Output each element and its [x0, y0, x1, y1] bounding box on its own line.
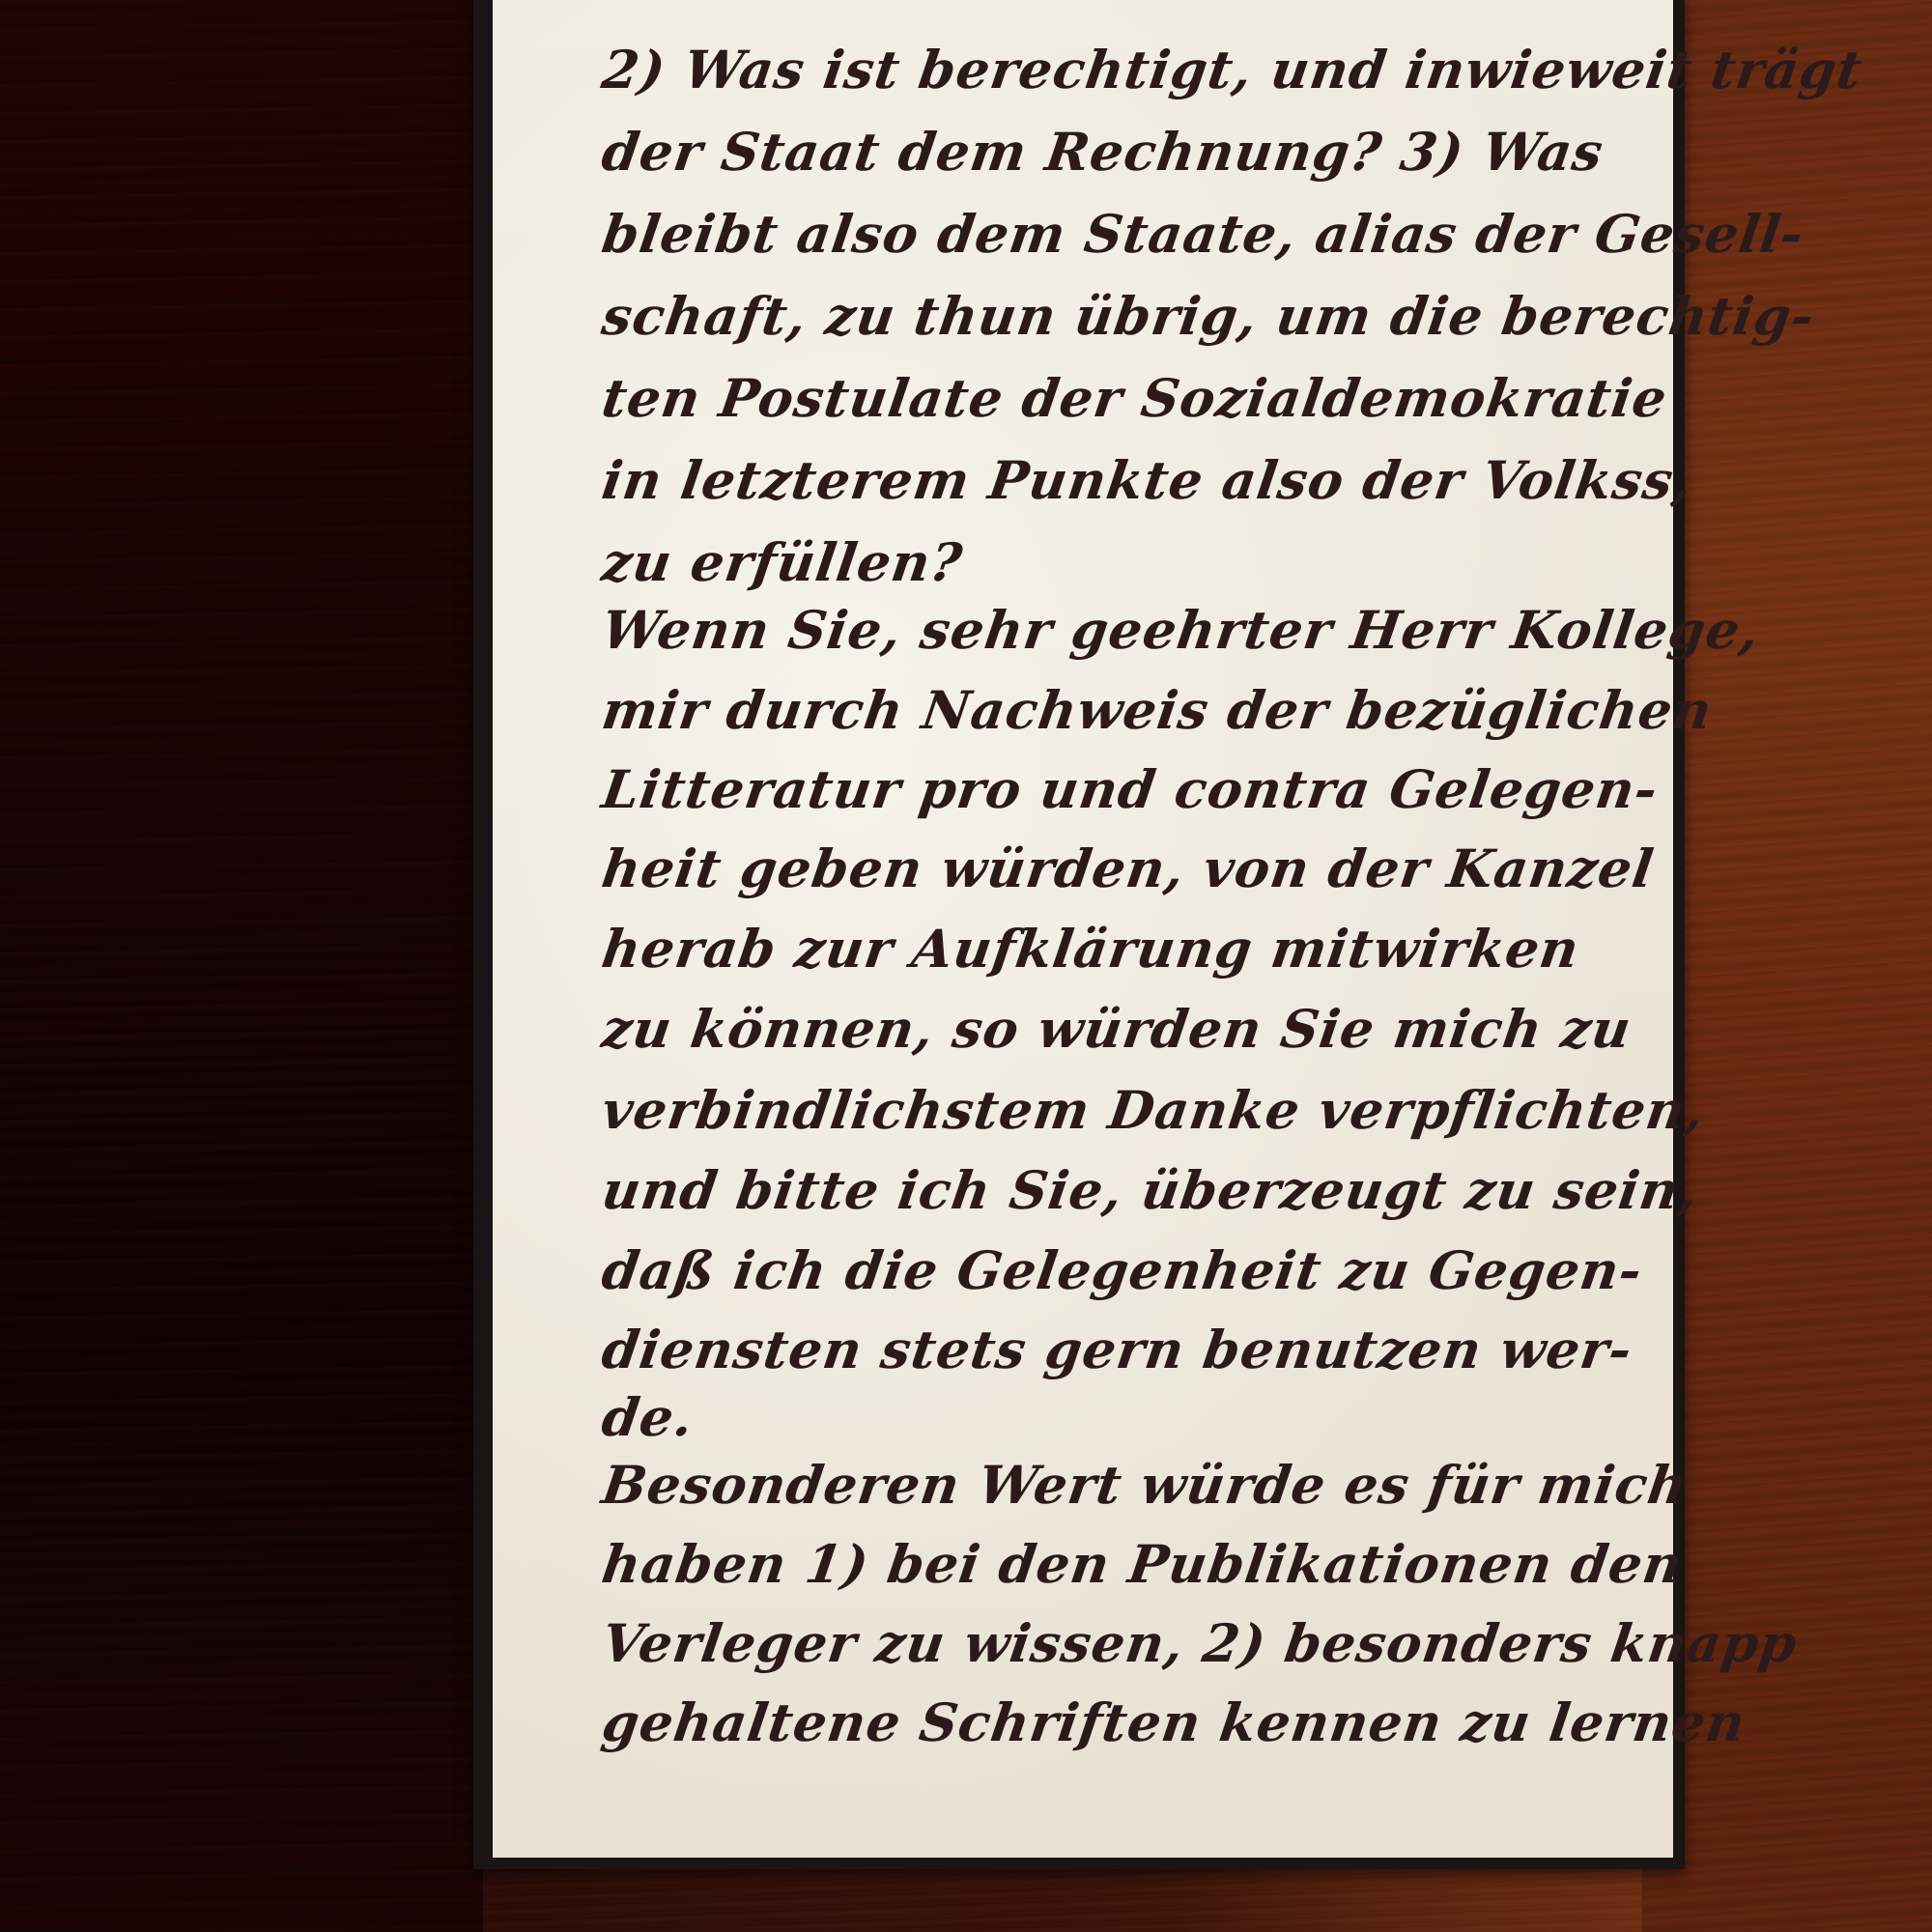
letter-line: Wenn Sie, sehr geehrter Herr Kollege, [599, 604, 1763, 656]
wood-table-background-left [0, 0, 483, 1932]
letter-line: Litteratur pro und contra Gelegen- [599, 763, 1662, 815]
letter-line: zu erfüllen? [599, 536, 966, 588]
letter-line: 2) Was ist berechtigt, und inwieweit trä… [599, 43, 1866, 96]
letter-line: herab zur Aufklärung mitwirken [599, 923, 1582, 975]
letter-line: und bitte ich Sie, überzeugt zu sein, [599, 1164, 1702, 1216]
letter-line: ten Postulate der Sozialdemokratie [599, 372, 1670, 424]
letter-line: bleibt also dem Staate, alias der Gesell… [599, 208, 1807, 260]
letter-line: in letzterem Punkte also der Volkss, [599, 454, 1696, 506]
letter-line: de. [599, 1391, 697, 1443]
letter-line: verbindlichstem Danke verpflichten, [599, 1084, 1708, 1136]
letter-line: gehaltene Schriften kennen zu lernen [599, 1696, 1749, 1748]
letter-paper: 2) Was ist berechtigt, und inwieweit trä… [493, 0, 1673, 1858]
letter-line: heit geben würden, von der Kanzel [599, 842, 1657, 895]
letter-line: diensten stets gern benutzen wer- [599, 1323, 1635, 1376]
letter-line: mir durch Nachweis der bezüglichen [599, 684, 1716, 736]
letter-line: schaft, zu thun übrig, um die berechtig- [599, 290, 1818, 342]
letter-line: der Staat dem Rechnung? 3) Was [599, 126, 1606, 178]
letter-line: Besonderen Wert würde es für mich [599, 1459, 1690, 1511]
letter-body: 2) Was ist berechtigt, und inwieweit trä… [493, 0, 1673, 1858]
letter-line: Verleger zu wissen, 2) besonders knapp [599, 1617, 1801, 1669]
letter-line: zu können, so würden Sie mich zu [599, 1003, 1634, 1055]
letter-line: haben 1) bei den Publikationen den [599, 1538, 1686, 1590]
letter-line: daß ich die Gelegenheit zu Gegen- [599, 1244, 1646, 1296]
